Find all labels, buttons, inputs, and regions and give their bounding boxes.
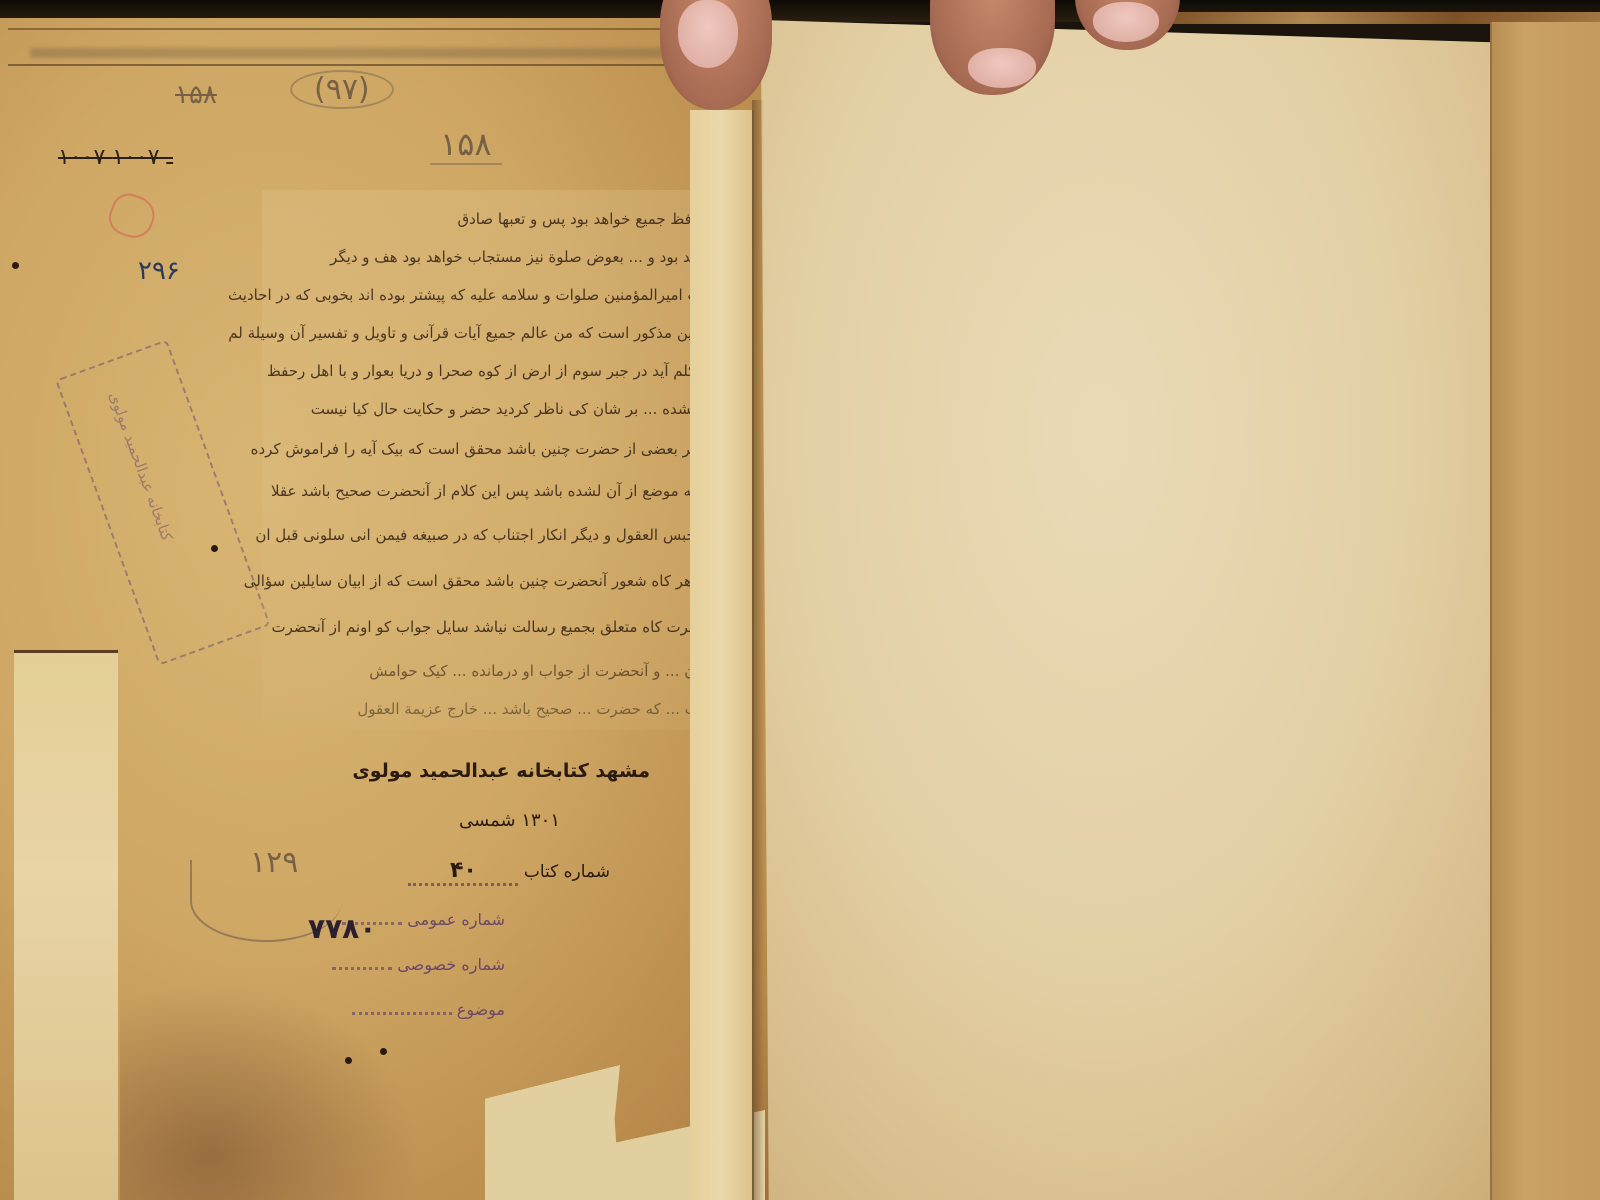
pencil-circle-number: ۱۲۹ — [250, 845, 298, 880]
ms-line: خواهد بود و ... بعوض صلوة نیز مستجاب خوا… — [330, 248, 720, 266]
subject-row: موضوع — [352, 1000, 505, 1019]
page-edge-lines — [8, 28, 698, 66]
book-number-value: ۴۰ — [408, 858, 518, 886]
stamp-text: کتابخانه عبدالحمید مولوی — [105, 390, 176, 544]
ms-line: پیغمبر بعضی از حضرت چنین باشد محقق است ک… — [251, 440, 720, 458]
inner-margin-strip — [690, 110, 754, 1200]
crossed-pair-number: ۱۰۰۷ ـ ۱۰۰۷ — [58, 145, 173, 170]
wormhole — [12, 262, 19, 269]
subject-label: موضوع — [457, 1000, 505, 1019]
general-number-label: شماره عمومی — [407, 910, 505, 929]
book-number-row: شماره کتاب ۴۰ — [408, 858, 610, 886]
crossed-number-top: ۱۵۸ — [175, 80, 217, 110]
ms-line: آنحضرت کاه متعلق بجمیع رسالت نیاشد سایل … — [272, 618, 720, 636]
fingernail — [1093, 2, 1159, 42]
wormhole — [211, 545, 218, 552]
fingernail — [678, 0, 738, 68]
ms-line: کند به موضع از آن لشده باشد پس این کلام … — [271, 482, 720, 500]
folio-number: ۱۵۸ — [430, 125, 502, 165]
ms-line: من حبس العقول و دیگر انکار اجتناب که در … — [255, 526, 720, 544]
blue-shelf-number: ۲۹۶ — [138, 256, 180, 286]
ms-line: ...حافظ جمیع خواهد بود پس و تعبها صادق — [457, 210, 720, 228]
fingernail — [968, 48, 1036, 88]
book-number-label: شماره کتاب — [524, 862, 610, 882]
private-number-label: شماره خصوصی — [397, 955, 505, 974]
wormhole — [380, 1048, 387, 1055]
ms-line: جناب امیرالمؤمنین صلوات و سلامه علیه که … — [228, 286, 720, 304]
general-number-value: ۷۷۸۰ — [308, 912, 376, 945]
manuscript-text-block: ...حافظ جمیع خواهد بود پس و تعبها صادق خ… — [262, 190, 732, 730]
ms-line: لم تکلم آید در جبر سوم از ارض از کوه صحر… — [267, 362, 720, 380]
spine-shadow — [752, 100, 764, 1200]
ms-line: ان الشده ... بر شان کی ناظر کردید حضر و … — [311, 400, 720, 418]
repair-strip-left — [14, 650, 118, 1200]
ms-line: جواب ... که حضرت ... صحیح باشد ... خارج … — [357, 700, 720, 718]
page-shadow — [30, 48, 680, 58]
library-year: ۱۳۰۱ شمسی — [459, 810, 560, 831]
ms-line: پس هر کاه شعور آنحضرت چنین باشد محقق است… — [244, 572, 720, 590]
manuscript-photo: ۱۵۸ (۹۷) ۱۰۰۷ ـ ۱۰۰۷ ۱۵۸ ۲۹۶ کتابخانه عب… — [0, 0, 1600, 1200]
private-number-row: شماره خصوصی — [332, 955, 505, 974]
ms-line: فریقین مذکور است که من عالم جمیع آیات قر… — [228, 324, 720, 342]
parenthesized-number: (۹۷) — [290, 70, 394, 109]
blank-flyleaf — [745, 20, 1535, 1200]
wormhole — [345, 1057, 352, 1064]
library-name: مشهد کتابخانه عبدالحمید مولوی — [352, 760, 650, 782]
ms-line: بیکون ... و آنحضرت از جواب او درمانده ..… — [369, 662, 720, 680]
right-endpaper — [1490, 22, 1600, 1200]
